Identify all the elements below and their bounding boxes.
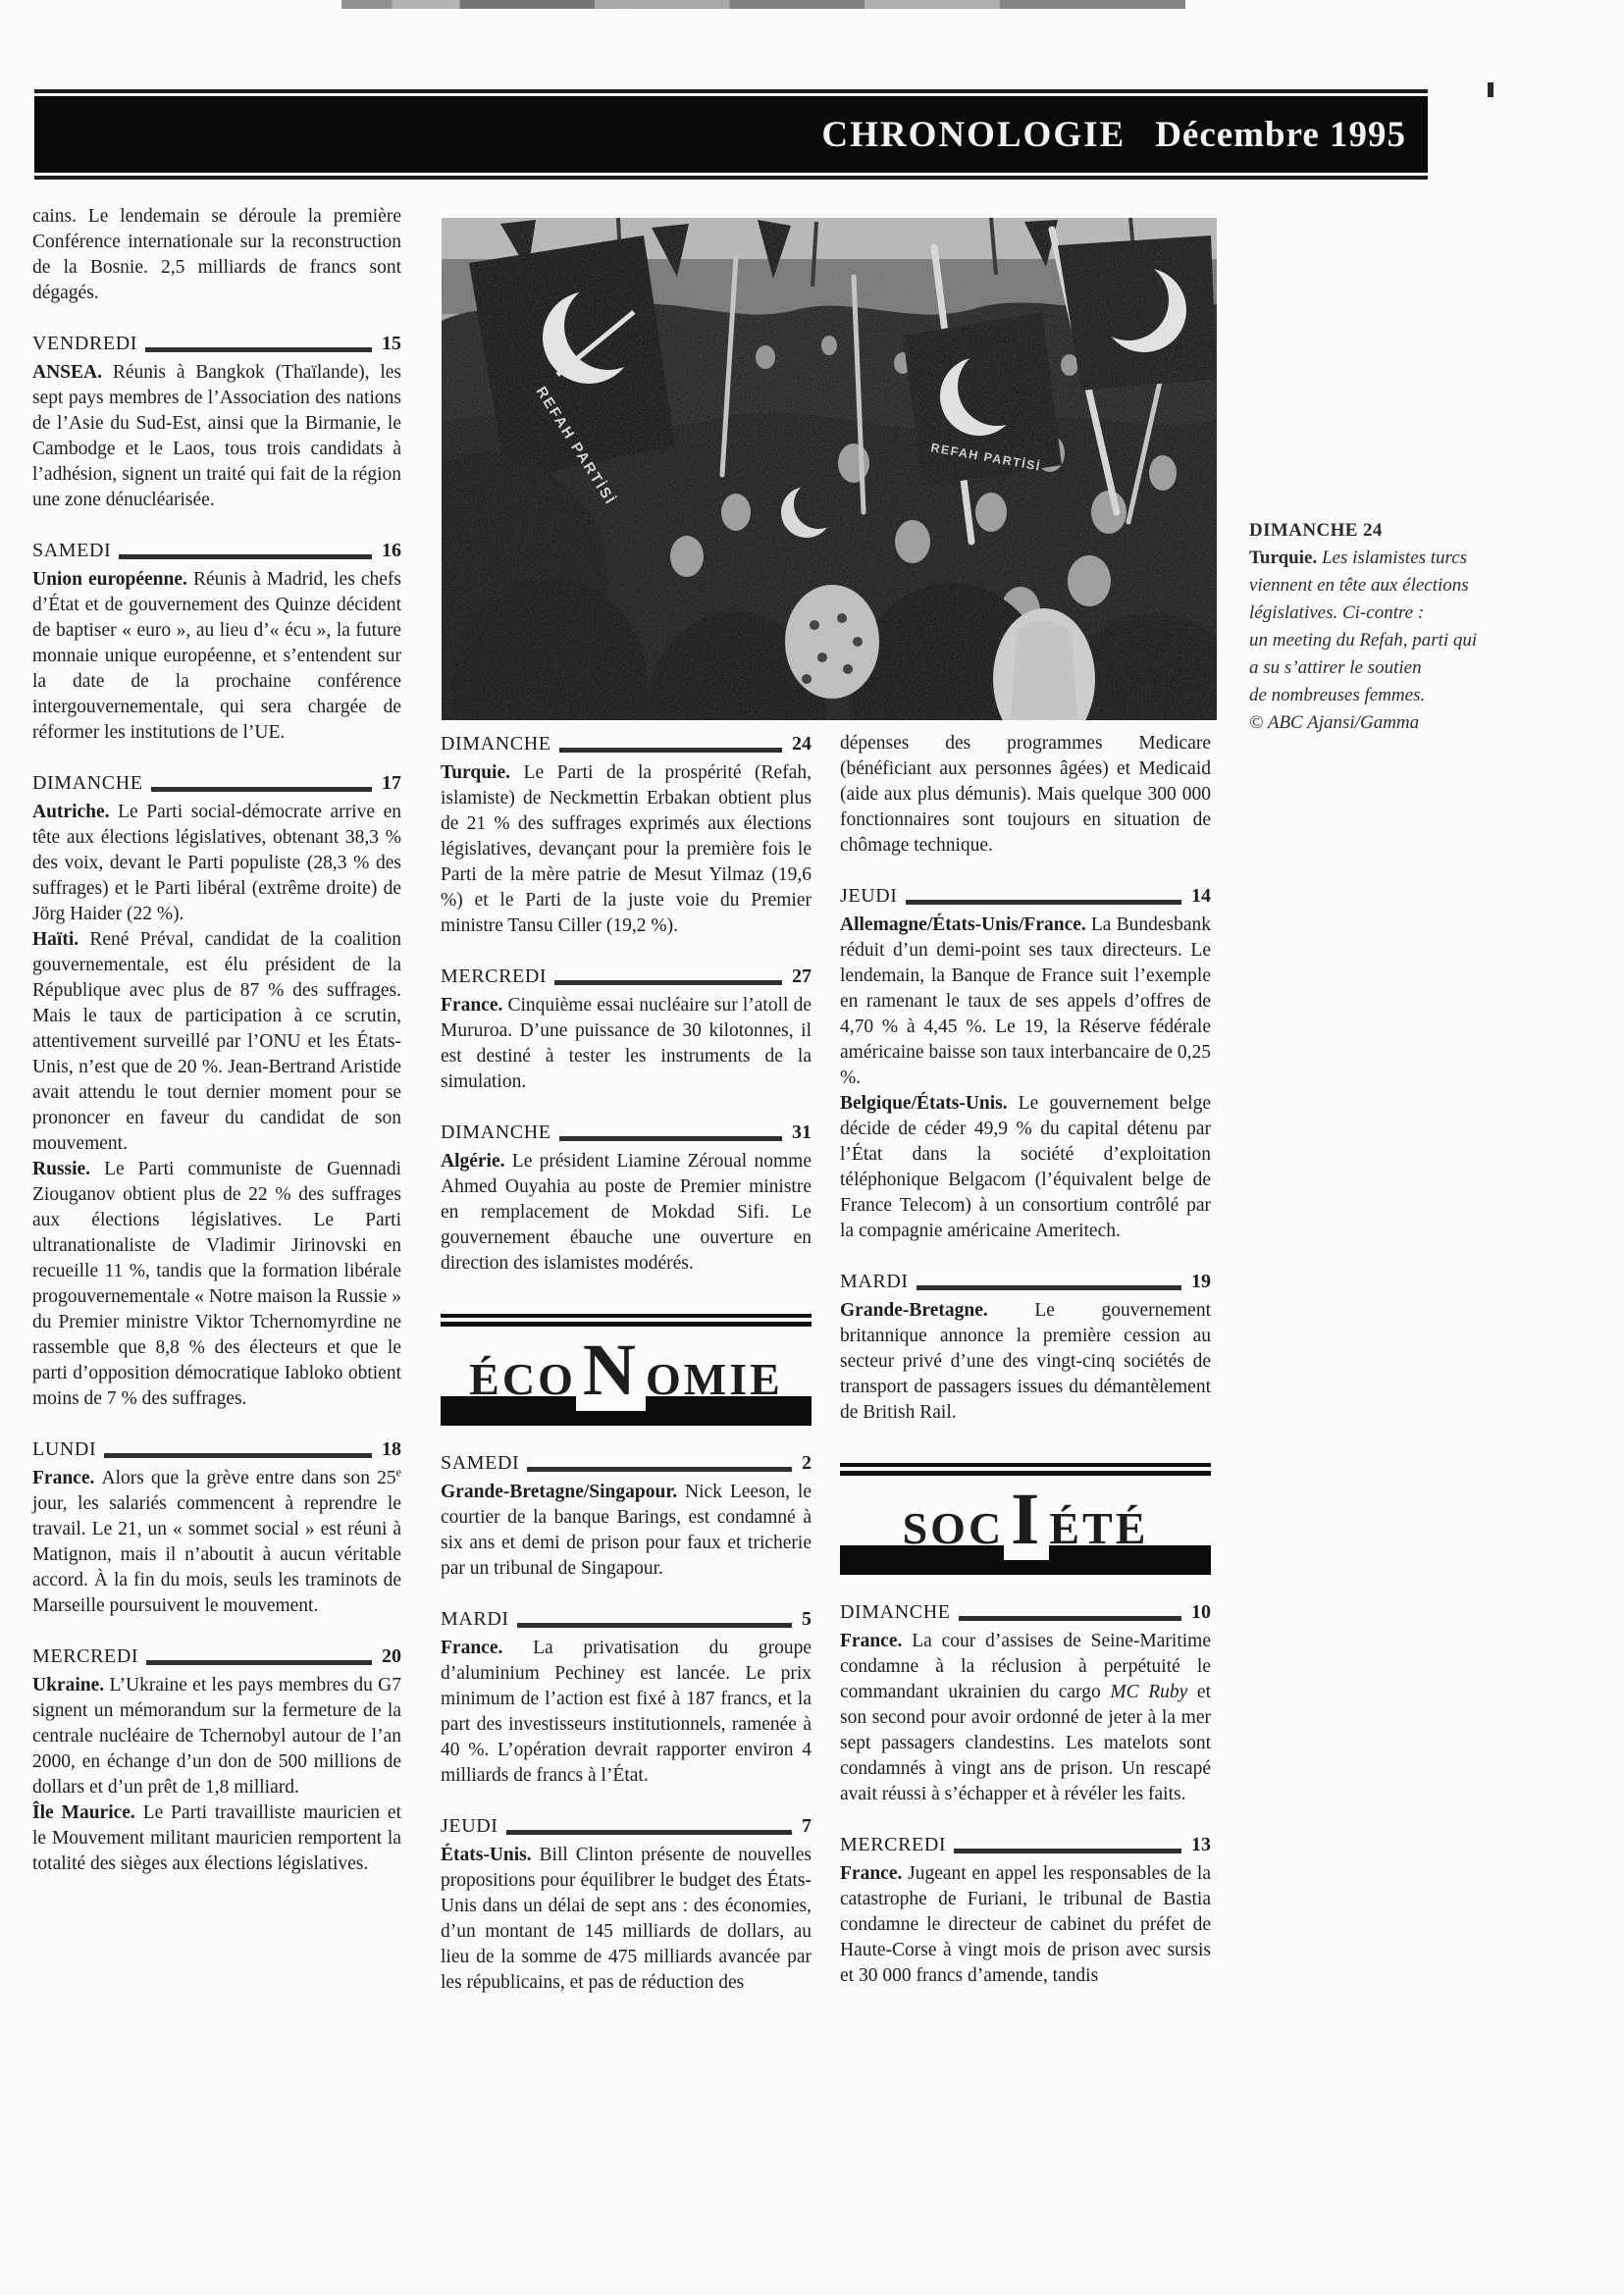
- rally-photo-svg: REFAH PARTİSİ REFAH PARTİSİ: [442, 218, 1217, 720]
- dateline: DIMANCHE10: [840, 1599, 1211, 1625]
- dateline-number: 17: [382, 770, 401, 796]
- entry-text-run: dépenses des programmes Medicare (bénéfi…: [840, 733, 1211, 856]
- entry-country-lead: Algérie.: [441, 1151, 512, 1172]
- entry-paragraph: cains. Le lendemain se déroule la premiè…: [32, 204, 401, 306]
- entry-paragraph: Belgique/États-Unis. Le gouvernement bel…: [840, 1091, 1211, 1244]
- caption-line: viennent en tête aux élections: [1249, 572, 1526, 600]
- entry-text-run: Le Parti communiste de Guennadi Ziougano…: [32, 1159, 401, 1409]
- dateline-day: MERCREDI: [32, 1643, 138, 1669]
- masthead-societe: SOCIÉTÉ: [840, 1463, 1211, 1575]
- dateline-rule: [517, 1623, 792, 1628]
- entry-country-lead: Belgique/États-Unis.: [840, 1093, 1019, 1114]
- entry-paragraph: Turquie. Le Parti de la prospérité (Refa…: [441, 760, 812, 939]
- dateline-rule: [146, 1660, 372, 1665]
- dateline-day: DIMANCHE: [840, 1599, 951, 1625]
- dateline-rule: [917, 1285, 1181, 1290]
- entry-country-lead: Union européenne.: [32, 569, 193, 590]
- entry-paragraph: France. La cour d’assises de Seine-Marit…: [840, 1629, 1211, 1807]
- caption-line: a su s’attirer le soutien: [1249, 654, 1526, 682]
- masthead-letters: SOC: [903, 1503, 1005, 1553]
- entry-paragraph: Union européenne. Réunis à Madrid, les c…: [32, 567, 401, 746]
- entry-paragraph: Algérie. Le président Liamine Zéroual no…: [441, 1149, 812, 1277]
- entry-country-lead: Haïti.: [32, 929, 89, 950]
- entry-country-lead: Allemagne/États-Unis/France.: [840, 914, 1091, 935]
- chronology-page: CHRONOLOGIE Décembre 1995: [0, 0, 1624, 2295]
- entry-country-lead: France.: [441, 995, 508, 1016]
- entry-text-run: La Bundesbank réduit d’un demi-point ses…: [840, 914, 1211, 1088]
- entry-country-lead: France.: [32, 1468, 101, 1488]
- dateline: DIMANCHE31: [441, 1120, 812, 1145]
- dateline-number: 10: [1191, 1599, 1211, 1625]
- dateline: MARDI19: [840, 1269, 1211, 1294]
- page-header: CHRONOLOGIE Décembre 1995: [34, 96, 1428, 173]
- rally-photo: REFAH PARTİSİ REFAH PARTİSİ: [442, 218, 1217, 720]
- entry-paragraph: Autriche. Le Parti social-démocrate arri…: [32, 800, 401, 927]
- dateline: SAMEDI2: [441, 1450, 812, 1476]
- caption-line: Turquie. Les islamistes turcs: [1249, 545, 1526, 572]
- photo-credit: © ABC Ajansi/Gamma: [1249, 709, 1526, 737]
- page-subtitle: Décembre 1995: [1155, 114, 1406, 156]
- dateline-day: SAMEDI: [441, 1450, 519, 1476]
- entry-paragraph: France. La privatisation du groupe d’alu…: [441, 1636, 812, 1789]
- entry-country-lead: Grande-Bretagne/Singapour.: [441, 1482, 685, 1502]
- entry-country-lead: Autriche.: [32, 802, 118, 822]
- masthead-word: ÉCONOMIE: [441, 1314, 812, 1386]
- dateline-number: 18: [382, 1436, 401, 1462]
- masthead-letters: ÉCO: [469, 1354, 576, 1404]
- entry-country-lead: Russie.: [32, 1159, 104, 1179]
- entry-paragraph: États-Unis. Bill Clinton présente de nou…: [441, 1843, 812, 1996]
- dateline-day: MERCREDI: [840, 1832, 946, 1857]
- dateline-rule: [906, 900, 1181, 905]
- dateline: SAMEDI16: [32, 538, 401, 563]
- column-3: dépenses des programmes Medicare (bénéfi…: [840, 731, 1211, 1989]
- column-1: cains. Le lendemain se déroule la premiè…: [32, 204, 401, 1877]
- entry-paragraph: Allemagne/États-Unis/France. La Bundesba…: [840, 913, 1211, 1091]
- dateline-number: 13: [1191, 1832, 1211, 1857]
- dateline: JEUDI7: [441, 1813, 812, 1839]
- entry-text-run: e: [396, 1466, 401, 1480]
- dateline-day: VENDREDI: [32, 331, 137, 356]
- dateline-rule: [104, 1453, 372, 1458]
- entry-country-lead: États-Unis.: [441, 1845, 540, 1865]
- dateline-day: DIMANCHE: [32, 770, 143, 796]
- entry-paragraph: ANSEA. Réunis à Bangkok (Thaïlande), les…: [32, 360, 401, 513]
- dateline: MERCREDI27: [441, 964, 812, 989]
- caption-line: législatives. Ci-contre :: [1249, 600, 1526, 627]
- entry-country-lead: France.: [840, 1631, 912, 1651]
- caption-body: Turquie. Les islamistes turcsviennent en…: [1249, 545, 1526, 737]
- entry-text-run: Réunis à Madrid, les chefs d’État et de …: [32, 569, 401, 743]
- dateline-number: 14: [1191, 883, 1211, 909]
- dateline: VENDREDI15: [32, 331, 401, 356]
- photo-caption: DIMANCHE 24 Turquie. Les islamistes turc…: [1249, 517, 1526, 737]
- masthead-economie: ÉCONOMIE: [441, 1314, 812, 1426]
- dateline-day: MARDI: [441, 1606, 509, 1632]
- entry-country-lead: Turquie.: [441, 762, 524, 783]
- dateline-number: 20: [382, 1643, 401, 1669]
- caption-line: un meeting du Refah, parti qui: [1249, 627, 1526, 654]
- entry-text-run: jour, les salariés commencent à reprendr…: [32, 1493, 401, 1616]
- dateline-day: LUNDI: [32, 1436, 96, 1462]
- dateline-rule: [954, 1849, 1181, 1853]
- entry-country-lead: ANSEA.: [32, 362, 113, 383]
- dateline: DIMANCHE24: [441, 731, 812, 756]
- masthead-big-letter: I: [1004, 1479, 1049, 1560]
- dateline-rule: [959, 1616, 1181, 1621]
- entry-paragraph: Russie. Le Parti communiste de Guennadi …: [32, 1157, 401, 1412]
- entry-country-lead: Ukraine.: [32, 1675, 109, 1695]
- entry-paragraph: Ukraine. L’Ukraine et les pays membres d…: [32, 1673, 401, 1800]
- dateline-day: DIMANCHE: [441, 1120, 551, 1145]
- entry-paragraph: France. Alors que la grève entre dans so…: [32, 1466, 401, 1619]
- dateline-rule: [151, 787, 372, 792]
- dateline-rule: [145, 347, 372, 352]
- dateline-number: 7: [802, 1813, 812, 1839]
- entry-paragraph: France. Jugeant en appel les responsable…: [840, 1861, 1211, 1989]
- dateline-day: MARDI: [840, 1269, 909, 1294]
- dateline-day: DIMANCHE: [441, 731, 551, 756]
- dateline-day: SAMEDI: [32, 538, 111, 563]
- entry-text-run: cains. Le lendemain se déroule la premiè…: [32, 206, 401, 303]
- entry-country-lead: France.: [840, 1863, 908, 1884]
- dateline-number: 31: [792, 1120, 812, 1145]
- dateline-number: 27: [792, 964, 812, 989]
- entry-paragraph: dépenses des programmes Medicare (bénéfi…: [840, 731, 1211, 859]
- dateline-number: 16: [382, 538, 401, 563]
- entry-paragraph: Haïti. René Préval, candidat de la coali…: [32, 927, 401, 1157]
- dateline: MERCREDI20: [32, 1643, 401, 1669]
- entry-text-run: MC Ruby: [1110, 1682, 1187, 1702]
- entry-text-run: René Préval, candidat de la coalition go…: [32, 929, 401, 1154]
- dateline-day: JEUDI: [441, 1813, 498, 1839]
- caption-line: de nombreuses femmes.: [1249, 682, 1526, 709]
- dateline-number: 19: [1191, 1269, 1211, 1294]
- masthead-big-letter: N: [576, 1330, 646, 1411]
- dateline-day: JEUDI: [840, 883, 898, 909]
- masthead-letters: OMIE: [646, 1354, 783, 1404]
- scan-artifact-tick: [1488, 82, 1493, 97]
- entry-text-run: Réunis à Bangkok (Thaïlande), les sept p…: [32, 362, 401, 510]
- scan-artifact-strip: [341, 0, 1185, 9]
- dateline: JEUDI14: [840, 883, 1211, 909]
- entry-paragraph: Grande-Bretagne/Singapour. Nick Leeson, …: [441, 1480, 812, 1582]
- page-title: CHRONOLOGIE: [821, 114, 1126, 156]
- column-2: DIMANCHE24Turquie. Le Parti de la prospé…: [441, 731, 812, 1996]
- entry-text-run: Alors que la grève entre dans son 25: [101, 1468, 395, 1488]
- dateline-number: 2: [802, 1450, 812, 1476]
- caption-dateline: DIMANCHE 24: [1249, 517, 1526, 545]
- entry-paragraph: Île Maurice. Le Parti travailliste mauri…: [32, 1800, 401, 1877]
- header-rule-top: [34, 89, 1428, 93]
- dateline-number: 24: [792, 731, 812, 756]
- entry-country-lead: France.: [441, 1638, 533, 1658]
- dateline-day: MERCREDI: [441, 964, 547, 989]
- entry-paragraph: France. Cinquième essai nucléaire sur l’…: [441, 993, 812, 1095]
- dateline-rule: [506, 1830, 792, 1835]
- dateline-number: 5: [802, 1606, 812, 1632]
- entry-text-run: Bill Clinton présente de nouvelles propo…: [441, 1845, 812, 1993]
- entry-text-run: Le Parti de la prospérité (Refah, islami…: [441, 762, 812, 936]
- dateline-rule: [527, 1467, 792, 1472]
- header-rule-bottom: [34, 176, 1428, 180]
- dateline: DIMANCHE17: [32, 770, 401, 796]
- entry-text-run: La privatisation du groupe d’aluminium P…: [441, 1638, 812, 1786]
- dateline: LUNDI18: [32, 1436, 401, 1462]
- dateline-rule: [559, 1136, 782, 1141]
- dateline: MARDI5: [441, 1606, 812, 1632]
- dateline-rule: [119, 554, 372, 559]
- entry-country-lead: Île Maurice.: [32, 1802, 143, 1823]
- entry-paragraph: Grande-Bretagne. Le gouvernement britann…: [840, 1298, 1211, 1426]
- dateline-rule: [559, 748, 782, 753]
- masthead-letters: ÉTÉ: [1049, 1503, 1148, 1553]
- entry-country-lead: Grande-Bretagne.: [840, 1300, 1034, 1321]
- caption-country-lead: Turquie.: [1249, 548, 1322, 568]
- dateline-number: 15: [382, 331, 401, 356]
- masthead-word: SOCIÉTÉ: [840, 1463, 1211, 1536]
- dateline-rule: [554, 980, 782, 985]
- dateline: MERCREDI13: [840, 1832, 1211, 1857]
- entry-text-run: Le gouvernement belge décide de céder 49…: [840, 1093, 1211, 1241]
